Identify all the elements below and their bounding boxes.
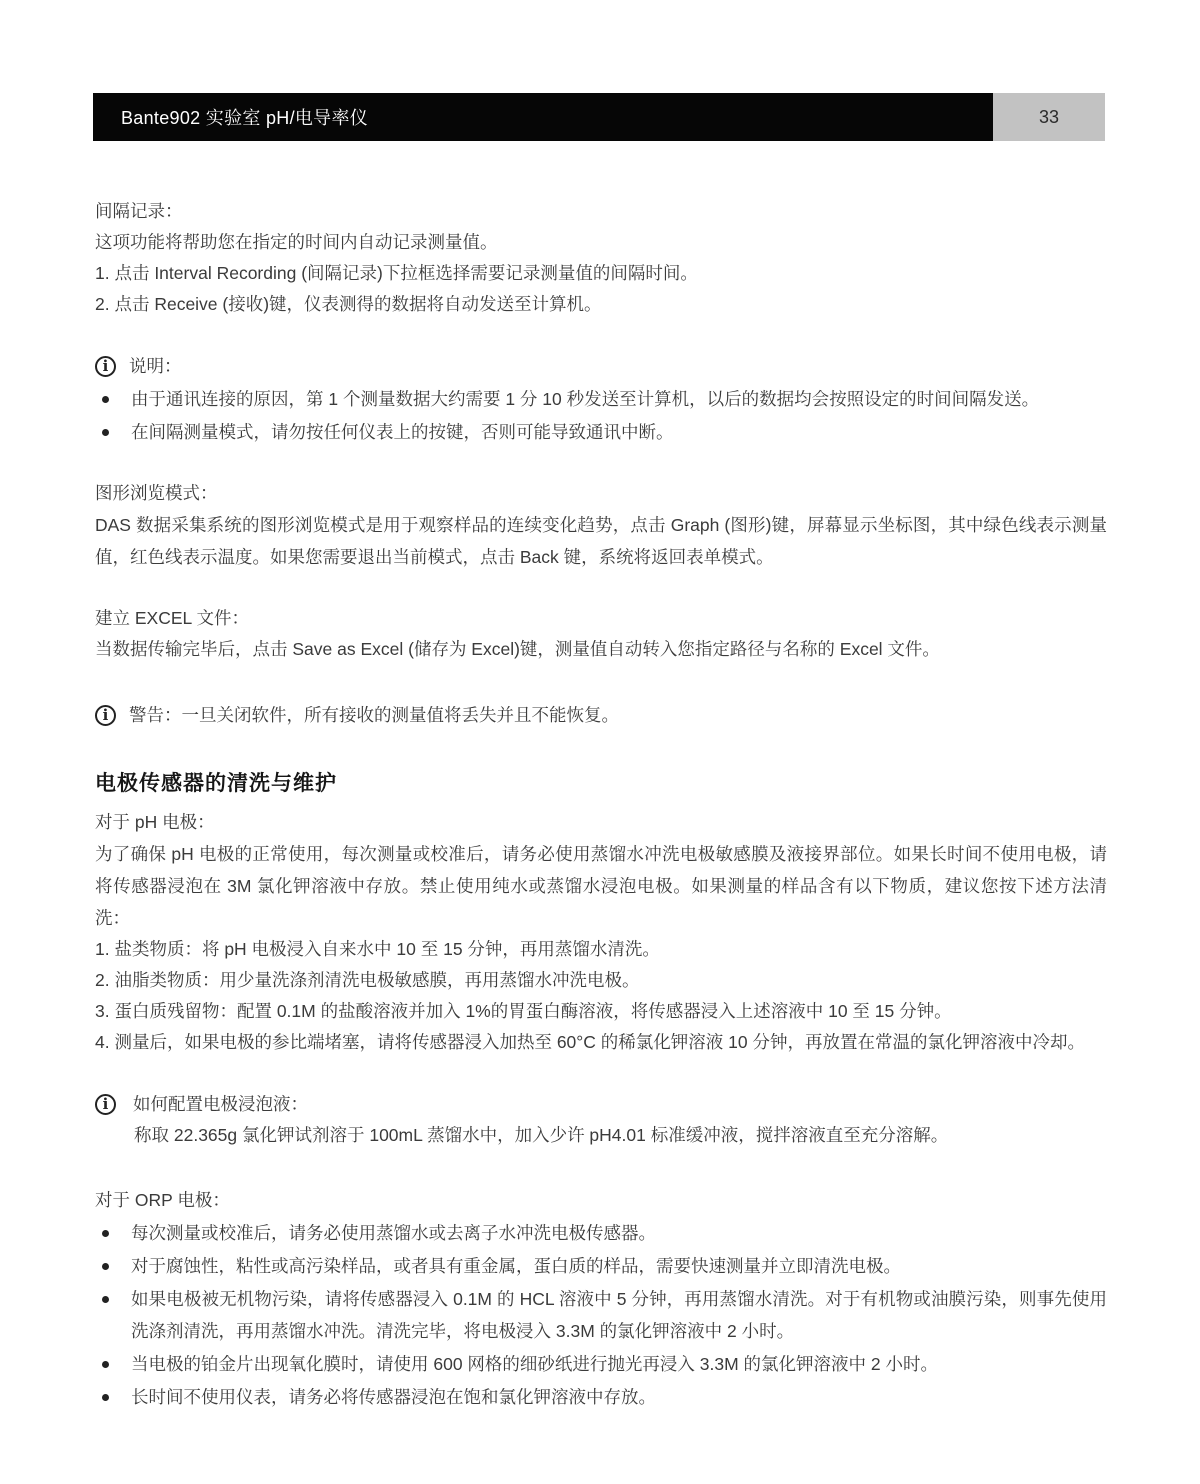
ph-step-1: 1. 盐类物质：将 pH 电极浸入自来水中 10 至 15 分钟，再用蒸馏水清洗… xyxy=(95,934,1107,965)
page-number-box: 33 xyxy=(993,93,1105,141)
orp-bullet-2: 对于腐蚀性，粘性或高污染样品，或者具有重金属，蛋白质的样品，需要快速测量并立即清… xyxy=(131,1250,1107,1282)
manual-page: Bante902 实验室 pH/电导率仪 33 间隔记录： 这项功能将帮助您在指… xyxy=(0,0,1200,1484)
list-item: 如果电极被无机物污染，请将传感器浸入 0.1M 的 HCL 溶液中 5 分钟，再… xyxy=(95,1283,1107,1347)
ph-step-3: 3. 蛋白质残留物：配置 0.1M 的盐酸溶液并加入 1%的胃蛋白酶溶液，将传感… xyxy=(95,996,1107,1027)
orp-bullet-4: 当电极的铂金片出现氧化膜时，请使用 600 网格的细砂纸进行抛光再浸入 3.3M… xyxy=(131,1348,1107,1380)
list-item: 当电极的铂金片出现氧化膜时，请使用 600 网格的细砂纸进行抛光再浸入 3.3M… xyxy=(95,1348,1107,1380)
list-item: 长时间不使用仪表，请务必将传感器浸泡在饱和氯化钾溶液中存放。 xyxy=(95,1381,1107,1413)
section-label-excel: 建立 EXCEL 文件： xyxy=(95,603,1107,634)
bullet-icon xyxy=(102,1361,109,1368)
warning-info-icon xyxy=(95,705,116,726)
orp-bullet-3: 如果电极被无机物污染，请将传感器浸入 0.1M 的 HCL 溶液中 5 分钟，再… xyxy=(131,1283,1107,1347)
note-communication-bullet-1: 由于通讯连接的原因，第 1 个测量数据大约需要 1 分 10 秒发送至计算机，以… xyxy=(131,383,1107,415)
header-title-bar: Bante902 实验室 pH/电导率仪 xyxy=(93,93,993,141)
orp-electrode-label: 对于 ORP 电极： xyxy=(95,1185,1107,1216)
orp-bullet-1: 每次测量或校准后，请务必使用蒸馏水或去离子水冲洗电极传感器。 xyxy=(131,1217,1107,1249)
list-item: 对于腐蚀性，粘性或高污染样品，或者具有重金属，蛋白质的样品，需要快速测量并立即清… xyxy=(95,1250,1107,1282)
excel-body: 当数据传输完毕后，点击 Save as Excel (储存为 Excel)键，测… xyxy=(95,634,1107,665)
ph-electrode-label: 对于 pH 电极： xyxy=(95,807,1107,838)
interval-intro: 这项功能将帮助您在指定的时间内自动记录测量值。 xyxy=(95,227,1107,258)
soak-note-body: 称取 22.365g 氯化钾试剂溶于 100mL 蒸馏水中，加入少许 pH4.0… xyxy=(95,1120,1107,1151)
document-title: Bante902 实验室 pH/电导率仪 xyxy=(121,104,368,130)
section-label-graph-mode: 图形浏览模式： xyxy=(95,478,1107,509)
ph-step-4: 4. 测量后，如果电极的参比端堵塞，请将传感器浸入加热至 60°C 的稀氯化钾溶… xyxy=(95,1027,1107,1058)
graph-mode-body: DAS 数据采集系统的图形浏览模式是用于观察样品的连续变化趋势，点击 Graph… xyxy=(95,509,1107,573)
section-label-interval-recording: 间隔记录： xyxy=(95,196,1107,227)
bullet-icon xyxy=(102,396,109,403)
list-item: 每次测量或校准后，请务必使用蒸馏水或去离子水冲洗电极传感器。 xyxy=(95,1217,1107,1249)
list-item: 在间隔测量模式，请勿按任何仪表上的按键，否则可能导致通讯中断。 xyxy=(95,416,1107,448)
page-header: Bante902 实验室 pH/电导率仪 33 xyxy=(93,93,1105,141)
page-number: 33 xyxy=(1039,107,1059,128)
list-item: 由于通讯连接的原因，第 1 个测量数据大约需要 1 分 10 秒发送至计算机，以… xyxy=(95,383,1107,415)
orp-bullet-5: 长时间不使用仪表，请务必将传感器浸泡在饱和氯化钾溶液中存放。 xyxy=(131,1381,1107,1413)
soak-note-title: 如何配置电极浸泡液： xyxy=(133,1088,308,1120)
section-heading-electrode-maintenance: 电极传感器的清洗与维护 xyxy=(95,769,1107,799)
ph-step-2: 2. 油脂类物质：用少量洗涤剂清洗电极敏感膜，再用蒸馏水冲洗电极。 xyxy=(95,965,1107,996)
note-communication-title: 说明： xyxy=(129,350,182,382)
ph-electrode-intro: 为了确保 pH 电极的正常使用，每次测量或校准后，请务必使用蒸馏水冲洗电极敏感膜… xyxy=(95,838,1107,934)
bullet-icon xyxy=(102,1230,109,1237)
info-icon xyxy=(95,1094,116,1115)
page-content: 间隔记录： 这项功能将帮助您在指定的时间内自动记录测量值。 1. 点击 Inte… xyxy=(95,196,1107,1413)
warning-text: 警告：一旦关闭软件，所有接收的测量值将丢失并且不能恢复。 xyxy=(129,699,619,731)
bullet-icon xyxy=(102,429,109,436)
bullet-icon xyxy=(102,1394,109,1401)
bullet-icon xyxy=(102,1263,109,1270)
note-communication-bullet-2: 在间隔测量模式，请勿按任何仪表上的按键，否则可能导致通讯中断。 xyxy=(131,416,1107,448)
soak-solution-note: 如何配置电极浸泡液： xyxy=(95,1088,1107,1120)
bullet-icon xyxy=(102,1296,109,1303)
interval-step-2: 2. 点击 Receive (接收)键，仪表测得的数据将自动发送至计算机。 xyxy=(95,289,1107,320)
note-communication: 说明： xyxy=(95,350,1107,382)
warning-note: 警告：一旦关闭软件，所有接收的测量值将丢失并且不能恢复。 xyxy=(95,699,1107,731)
interval-step-1: 1. 点击 Interval Recording (间隔记录)下拉框选择需要记录… xyxy=(95,258,1107,289)
info-icon xyxy=(95,356,116,377)
